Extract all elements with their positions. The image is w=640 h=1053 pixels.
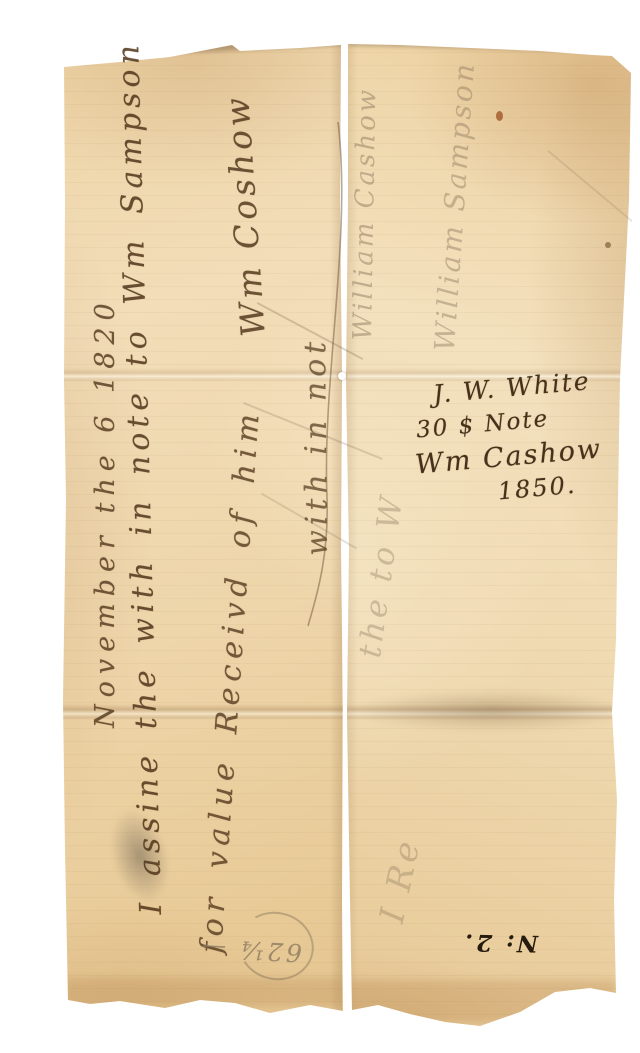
faint-pencil-name-cashow: William Cashow	[348, 54, 383, 340]
red-stain-spot	[496, 111, 503, 121]
document-number-label: N: 2.	[432, 925, 539, 957]
darkened-bottom-edge	[350, 980, 616, 1022]
soiled-fold-smudge	[352, 690, 632, 732]
darkened-bottom-edge	[64, 978, 342, 1006]
handwritten-within-note: with in not	[298, 300, 335, 556]
handwritten-date-line: November the 6 1820	[90, 336, 121, 728]
scanned-document: November the 6 1820 I assine the with in…	[0, 0, 640, 1053]
pencil-amount: 62¼ —	[209, 933, 302, 968]
docket-block: J. W. White 30 $ Note Wm Cashow 1850.	[408, 364, 624, 512]
brown-stain-spot	[605, 242, 611, 248]
